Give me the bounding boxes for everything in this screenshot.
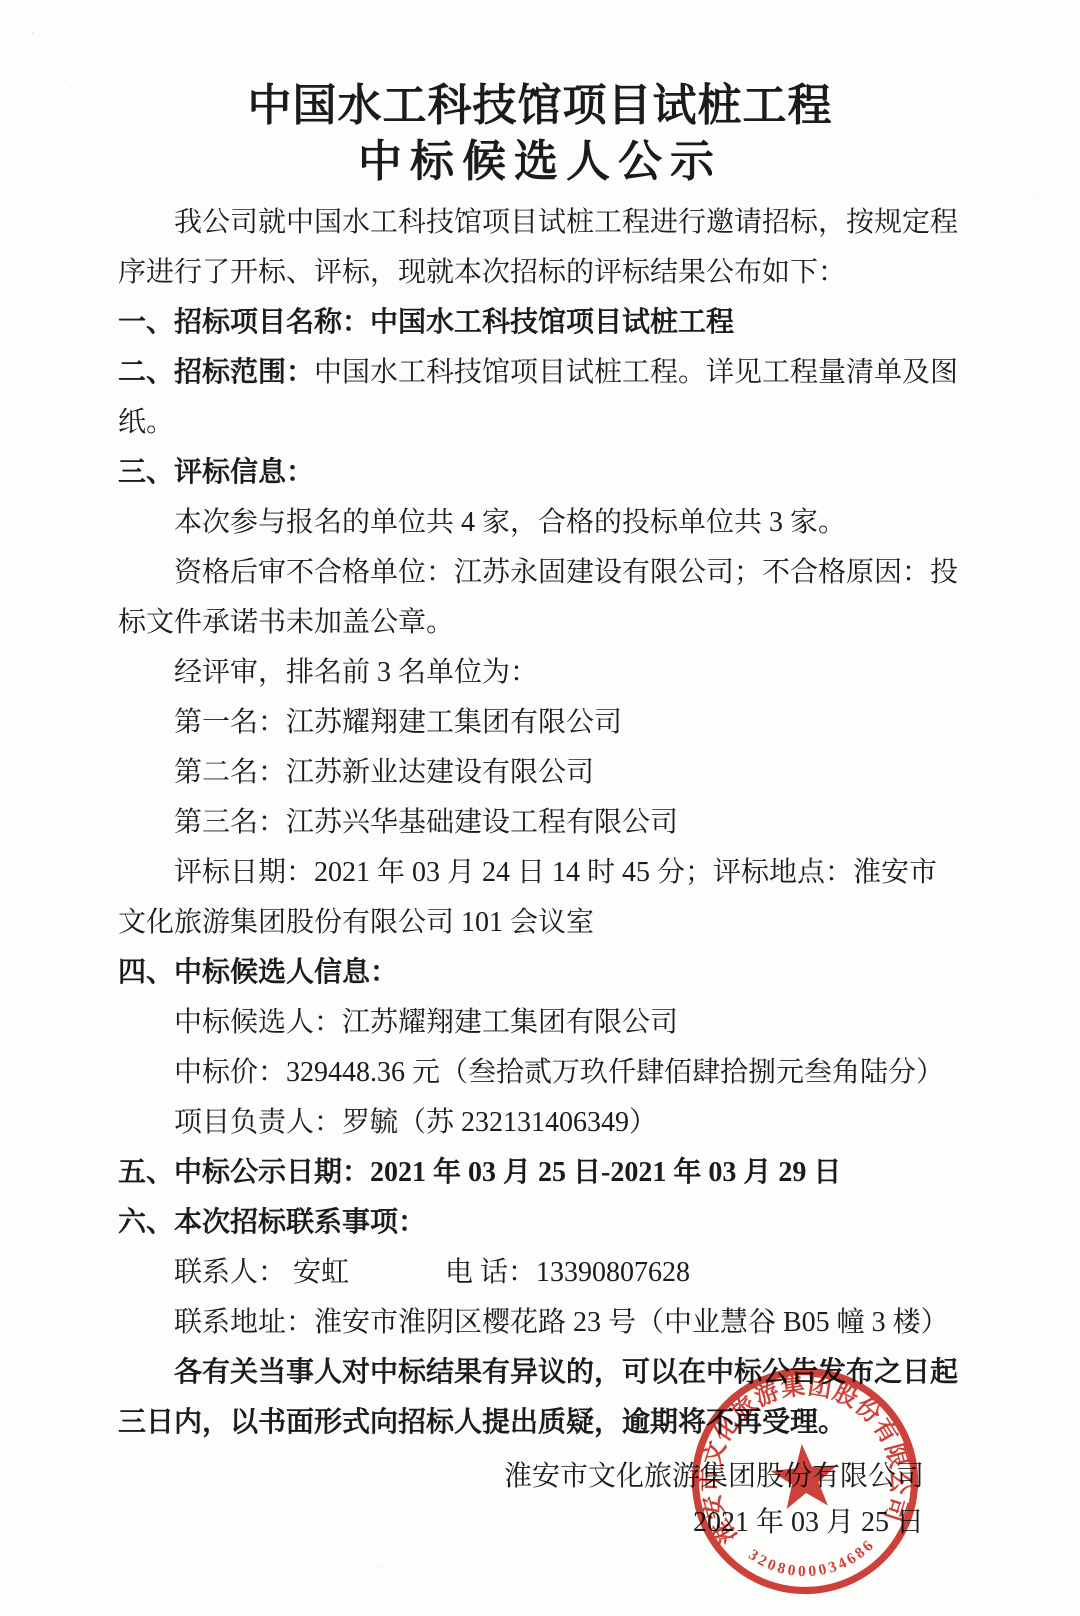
text-segment: 标文件承诺书未加盖公章。: [118, 607, 454, 638]
text-segment: 资格后审不合格单位：江苏永固建设有限公司；不合格原因：投: [174, 557, 958, 588]
text-segment: 项目负责人：罗毓（苏 232131406349）: [174, 1107, 657, 1138]
text-line-21: 六、本次招标联系事项：: [118, 1198, 962, 1248]
text-line-8: 资格后审不合格单位：江苏永固建设有限公司；不合格原因：投: [118, 548, 962, 598]
text-line-10: 经评审，排名前 3 名单位为：: [118, 648, 962, 698]
text-line-3: 一、招标项目名称：中国水工科技馆项目试桩工程: [118, 298, 962, 348]
signature-date: 2021 年 03 月 25 日: [0, 1500, 924, 1546]
signature-block: 淮安市文化旅游集团股份有限公司 2021 年 03 月 25 日: [0, 1454, 1080, 1546]
text-segment: 我公司就中国水工科技馆项目试桩工程进行邀请招标，按规定程: [174, 207, 958, 238]
text-segment: 第一名：江苏耀翔建工集团有限公司: [174, 707, 622, 738]
text-segment: 评标日期：2021 年 03 月 24 日 14 时 45 分；评标地点：淮安市: [174, 857, 937, 888]
text-line-23: 联系地址：淮安市淮阴区樱花路 23 号（中业慧谷 B05 幢 3 楼）: [118, 1298, 962, 1348]
text-line-4: 二、招标范围：中国水工科技馆项目试桩工程。详见工程量清单及图: [118, 348, 962, 398]
text-line-2: 序进行了开标、评标，现就本次招标的评标结果公布如下：: [118, 248, 962, 298]
text-segment: 三日内，以书面形式向招标人提出质疑，逾期将不再受理。: [118, 1407, 846, 1438]
text-line-14: 评标日期：2021 年 03 月 24 日 14 时 45 分；评标地点：淮安市: [118, 848, 962, 898]
text-segment: 一、招标项目名称：中国水工科技馆项目试桩工程: [118, 307, 734, 338]
text-segment: 经评审，排名前 3 名单位为：: [174, 657, 538, 688]
text-segment: 文化旅游集团股份有限公司 101 会议室: [118, 907, 594, 938]
document-page: 中国水工科技馆项目试桩工程 中标候选人公示 我公司就中国水工科技馆项目试桩工程进…: [0, 0, 1080, 1616]
text-segment: 各有关当事人对中标结果有异议的，可以在中标公告发布之日起: [174, 1357, 958, 1388]
text-segment: 第三名：江苏兴华基础建设工程有限公司: [174, 807, 678, 838]
text-line-15: 文化旅游集团股份有限公司 101 会议室: [118, 898, 962, 948]
text-segment: 三、评标信息：: [118, 457, 314, 488]
text-line-9: 标文件承诺书未加盖公章。: [118, 598, 962, 648]
document-title: 中国水工科技馆项目试桩工程 中标候选人公示: [0, 78, 1080, 190]
text-line-24: 各有关当事人对中标结果有异议的，可以在中标公告发布之日起: [118, 1348, 962, 1398]
title-line-1: 中国水工科技馆项目试桩工程: [0, 78, 1080, 134]
text-segment: 中国水工科技馆项目试桩工程。详见工程量清单及图: [314, 357, 958, 388]
text-line-19: 项目负责人：罗毓（苏 232131406349）: [118, 1098, 962, 1148]
text-line-22: 联系人： 安虹电 话：13390807628: [118, 1248, 962, 1298]
text-line-6: 三、评标信息：: [118, 448, 962, 498]
text-line-12: 第二名：江苏新业达建设有限公司: [118, 748, 962, 798]
text-segment: 纸。: [118, 407, 174, 438]
title-line-2: 中标候选人公示: [0, 134, 1080, 190]
text-segment: 联系地址：淮安市淮阴区樱花路 23 号（中业慧谷 B05 幢 3 楼）: [174, 1307, 949, 1338]
text-segment: 序进行了开标、评标，现就本次招标的评标结果公布如下：: [118, 257, 846, 288]
text-segment: 中标价：329448.36 元（叁拾贰万玖仟肆佰肆拾捌元叁角陆分）: [174, 1057, 944, 1088]
text-line-20: 五、中标公示日期：2021 年 03 月 25 日-2021 年 03 月 29…: [118, 1148, 962, 1198]
text-line-11: 第一名：江苏耀翔建工集团有限公司: [118, 698, 962, 748]
text-segment: 五、中标公示日期：2021 年 03 月 25 日-2021 年 03 月 29…: [118, 1157, 841, 1188]
text-line-16: 四、中标候选人信息：: [118, 948, 962, 998]
text-line-13: 第三名：江苏兴华基础建设工程有限公司: [118, 798, 962, 848]
text-segment: 第二名：江苏新业达建设有限公司: [174, 757, 594, 788]
text-segment: 四、中标候选人信息：: [118, 957, 398, 988]
text-line-1: 我公司就中国水工科技馆项目试桩工程进行邀请招标，按规定程: [118, 198, 962, 248]
text-segment: 二、招标范围：: [118, 357, 314, 388]
text-segment: 中标候选人：江苏耀翔建工集团有限公司: [174, 1007, 678, 1038]
text-segment: 电 话：13390807628: [445, 1257, 690, 1288]
text-line-25: 三日内，以书面形式向招标人提出质疑，逾期将不再受理。: [118, 1398, 962, 1448]
text-line-7: 本次参与报名的单位共 4 家，合格的投标单位共 3 家。: [118, 498, 962, 548]
text-line-17: 中标候选人：江苏耀翔建工集团有限公司: [118, 998, 962, 1048]
text-segment: 联系人： 安虹: [174, 1257, 349, 1288]
text-line-5: 纸。: [118, 398, 962, 448]
text-segment: 本次参与报名的单位共 4 家，合格的投标单位共 3 家。: [174, 507, 846, 538]
text-segment: 六、本次招标联系事项：: [118, 1207, 426, 1238]
document-body: 我公司就中国水工科技馆项目试桩工程进行邀请招标，按规定程序进行了开标、评标，现就…: [0, 198, 1080, 1448]
text-line-18: 中标价：329448.36 元（叁拾贰万玖仟肆佰肆拾捌元叁角陆分）: [118, 1048, 962, 1098]
signature-company: 淮安市文化旅游集团股份有限公司: [0, 1454, 924, 1500]
